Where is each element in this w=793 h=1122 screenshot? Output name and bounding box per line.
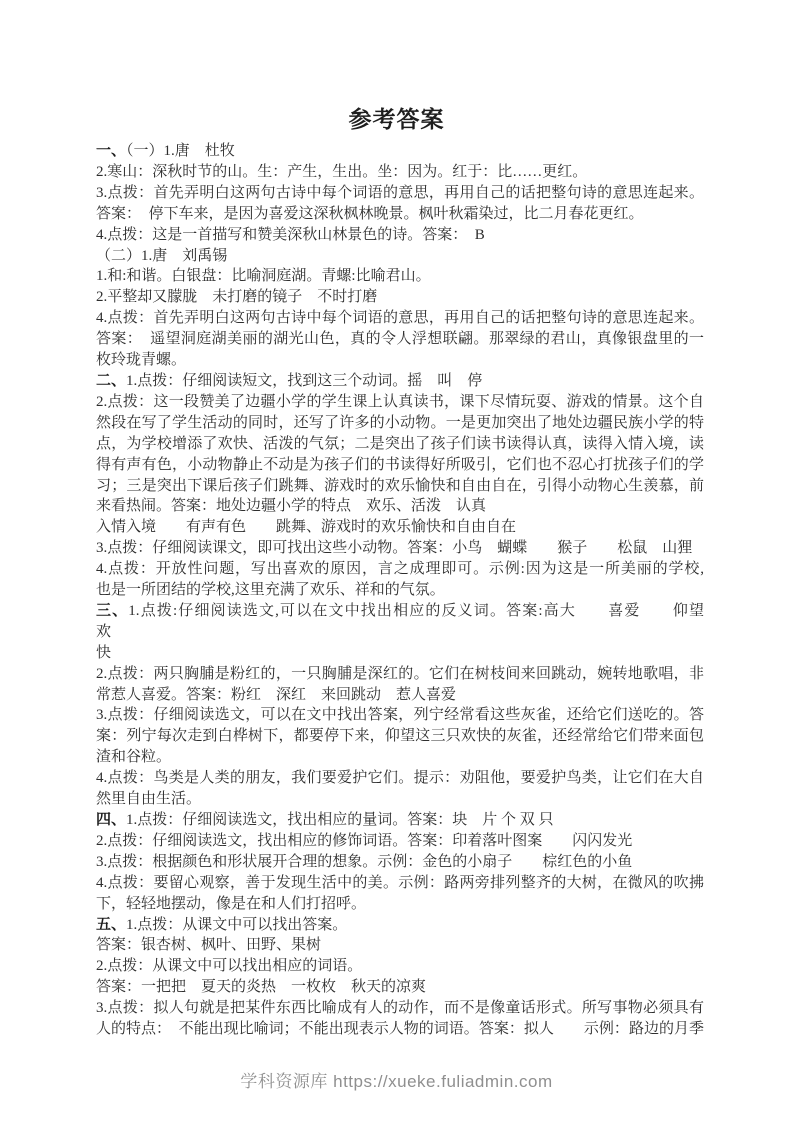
line-text: 也是一所团结的学校,这里充满了欢乐、祥和的气氛。	[96, 582, 445, 598]
document-line: 三、1.点拨:仔细阅读选文,可以在文中找出相应的反义词。答案:高大 喜爱 仰望 …	[96, 601, 704, 643]
document-line: 四、1.点拨：仔细阅读选文，找出相应的量词。答案：块 片 个 双 只	[96, 810, 704, 831]
document-line: 答案： 遥望洞庭湖美丽的湖光山色，真的令人浮想联翩。那翠绿的君山，真像银盘里的一	[96, 329, 704, 350]
section-number: 二、	[96, 373, 126, 389]
section-number: 一、	[96, 143, 126, 159]
line-text: 3.点拨：首先弄明白这两句古诗中每个词语的意思，再用自己的话把整句诗的意思连起来…	[96, 185, 704, 201]
line-text: 2.点拨：这一段赞美了边疆小学的学生课上认真读书，课下尽情玩耍、游戏的情景。这个…	[96, 394, 704, 410]
document-page: 参考答案 一、（一）1.唐 杜牧 2.寒山：深秋时节的山。生：产生，生出。坐：因…	[0, 0, 793, 1122]
document-line: 4.点拨：开放性问题，写出喜欢的原因，言之成理即可。示例:因为这是一所美丽的学校…	[96, 559, 704, 580]
line-text: 答案：一把把 夏天的炎热 一枚枚 秋天的凉爽	[96, 979, 426, 995]
document-line: 下，轻轻地摆动，像是在和人们打招呼。	[96, 894, 704, 915]
footer-site-name: 学科资源库	[240, 1072, 328, 1091]
line-text: 下，轻轻地摆动，像是在和人们打招呼。	[96, 896, 366, 912]
document-line: 2.寒山：深秋时节的山。生：产生，生出。坐：因为。红于：比……更红。	[96, 162, 704, 183]
document-line: 二、1.点拨：仔细阅读短文，找到这三个动词。摇 叫 停	[96, 371, 704, 392]
line-text: 答案： 停下车来，是因为喜爱这深秋枫林晚景。枫叶秋霜染过，比二月春花更红。	[96, 206, 644, 222]
line-text: （一）1.唐 杜牧	[126, 143, 235, 159]
document-line: 答案：银杏树、枫叶、田野、果树	[96, 935, 704, 956]
document-line: 枚玲珑青螺。	[96, 350, 704, 371]
line-text: 人的特点： 不能出现比喻词；不能出现表示人物的词语。答案：拟人 示例：路边的月季	[96, 1021, 704, 1037]
document-line: 4.点拨：鸟类是人类的朋友，我们要爱护它们。提示：劝阻他，要爱护鸟类，让它们在大…	[96, 768, 704, 789]
line-text: 3.点拨：根据颜色和形状展开合理的想象。示例：金色的小扇子 棕红色的小鱼	[96, 854, 632, 870]
footer-url: https://xueke.fuliadmin.com	[333, 1072, 552, 1091]
line-text: 4.点拨：开放性问题，写出喜欢的原因，言之成理即可。示例:因为这是一所美丽的学校…	[96, 561, 704, 577]
document-line: 快	[96, 643, 704, 664]
document-line: 2.点拨：从课文中可以找出相应的词语。	[96, 956, 704, 977]
document-line: 4.点拨：首先弄明白这两句古诗中每个词语的意思，再用自己的话把整句诗的意思连起来…	[96, 308, 704, 329]
line-text: 然段在写了学生活动的同时，还写了许多的小动物。一是更加突出了地处边疆民族小学的特	[96, 415, 704, 431]
line-text: （二）1.唐 刘禹锡	[96, 248, 227, 264]
line-text: 快	[96, 645, 111, 661]
document-line: 3.点拨：拟人句就是把某件东西比喻成有人的动作，而不是像童话形式。所写事物必须具…	[96, 998, 704, 1019]
document-line: 答案： 停下车来，是因为喜爱这深秋枫林晚景。枫叶秋霜染过，比二月春花更红。	[96, 204, 704, 225]
line-text: 答案： 遥望洞庭湖美丽的湖光山色，真的令人浮想联翩。那翠绿的君山，真像银盘里的一	[96, 331, 704, 347]
line-text: 习；三是突出下课后孩子们跳舞、游戏时的欢乐愉快和自由自在，引得小动物心生羡慕，前	[96, 478, 704, 494]
line-text: 1.点拨：从课文中可以找出答案。	[126, 917, 347, 933]
line-text: 1.点拨：仔细阅读选文，找出相应的量词。答案：块 片 个 双 只	[126, 812, 554, 828]
line-text: 1.和:和谐。白银盘：比喻洞庭湖。青螺:比喻君山。	[96, 268, 431, 284]
line-text: 2.点拨：仔细阅读选文，找出相应的修饰词语。答案：印着落叶图案 闪闪发光	[96, 833, 632, 849]
line-text: 2.寒山：深秋时节的山。生：产生，生出。坐：因为。红于：比……更红。	[96, 164, 587, 180]
line-text: 得有声有色，小动物静止不动是为孩子们的书读得好所吸引，它们也不忍心打扰孩子们的学	[96, 457, 704, 473]
document-line: 得有声有色，小动物静止不动是为孩子们的书读得好所吸引，它们也不忍心打扰孩子们的学	[96, 455, 704, 476]
document-line: 一、（一）1.唐 杜牧	[96, 141, 704, 162]
line-text: 3.点拨：仔细阅读选文，可以在文中找出答案，列宁经常看这些灰雀，还给它们送吃的。…	[96, 707, 704, 723]
document-line: 4.点拨：这是一首描写和赞美深秋山林景色的诗。答案： B	[96, 225, 704, 246]
footer: 学科资源库 https://xueke.fuliadmin.com	[0, 1067, 793, 1092]
document-line: 3.点拨：根据颜色和形状展开合理的想象。示例：金色的小扇子 棕红色的小鱼	[96, 852, 704, 873]
line-text: 1.点拨：仔细阅读短文，找到这三个动词。摇 叫 停	[126, 373, 482, 389]
line-text: 4.点拨：要留心观察，善于发现生活中的美。示例：路两旁排列整齐的大树，在微风的吹…	[96, 875, 704, 891]
document-line: 五、1.点拨：从课文中可以找出答案。	[96, 915, 704, 936]
document-line: 常惹人喜爱。答案：粉红 深红 来回跳动 惹人喜爱	[96, 685, 704, 706]
document-line: （二）1.唐 刘禹锡	[96, 246, 704, 267]
document-line: 然里自由生活。	[96, 789, 704, 810]
document-line: 答案：一把把 夏天的炎热 一枚枚 秋天的凉爽	[96, 977, 704, 998]
page-title: 参考答案	[0, 101, 793, 134]
line-text: 然里自由生活。	[96, 791, 201, 807]
document-line: 渣和谷粒。	[96, 747, 704, 768]
line-text: 案：列宁每次走到白桦树下，都要停下来，仰望这三只欢快的灰雀，还经常给它们带来面包	[96, 728, 704, 744]
line-text: 2.点拨：两只胸脯是粉红的，一只胸脯是深红的。它们在树枝间来回跳动，婉转地歌唱，…	[96, 666, 704, 682]
document-body: 一、（一）1.唐 杜牧 2.寒山：深秋时节的山。生：产生，生出。坐：因为。红于：…	[96, 141, 704, 1040]
document-line: 3.点拨：仔细阅读课文，即可找出这些小动物。答案：小鸟 蝴蝶 猴子 松鼠 山狸	[96, 538, 704, 559]
document-line: 也是一所团结的学校,这里充满了欢乐、祥和的气氛。	[96, 580, 704, 601]
document-line: 习；三是突出下课后孩子们跳舞、游戏时的欢乐愉快和自由自在，引得小动物心生羡慕，前	[96, 476, 704, 497]
document-line: 1.和:和谐。白银盘：比喻洞庭湖。青螺:比喻君山。	[96, 266, 704, 287]
line-text: 4.点拨：鸟类是人类的朋友，我们要爱护它们。提示：劝阻他，要爱护鸟类，让它们在大…	[96, 770, 704, 786]
line-text: 点，为学校增添了欢快、活泼的气氛；二是突出了孩子们读书读得认真，读得入情入境，读	[96, 436, 704, 452]
document-line: 点，为学校增添了欢快、活泼的气氛；二是突出了孩子们读书读得认真，读得入情入境，读	[96, 434, 704, 455]
document-line: 2.点拨：这一段赞美了边疆小学的学生课上认真读书，课下尽情玩耍、游戏的情景。这个…	[96, 392, 704, 413]
line-text: 答案：银杏树、枫叶、田野、果树	[96, 937, 321, 953]
line-text: 常惹人喜爱。答案：粉红 深红 来回跳动 惹人喜爱	[96, 687, 456, 703]
document-line: 3.点拨：仔细阅读选文，可以在文中找出答案，列宁经常看这些灰雀，还给它们送吃的。…	[96, 705, 704, 726]
document-line: 2.点拨：仔细阅读选文，找出相应的修饰词语。答案：印着落叶图案 闪闪发光	[96, 831, 704, 852]
document-line: 3.点拨：首先弄明白这两句古诗中每个词语的意思，再用自己的话把整句诗的意思连起来…	[96, 183, 704, 204]
line-text: 渣和谷粒。	[96, 749, 171, 765]
section-number: 五、	[96, 917, 126, 933]
document-line: 案：列宁每次走到白桦树下，都要停下来，仰望这三只欢快的灰雀，还经常给它们带来面包	[96, 726, 704, 747]
line-text: 来看热闹。答案：地处边疆小学的特点 欢乐、活泼 认真	[96, 498, 486, 514]
line-text: 4.点拨：这是一首描写和赞美深秋山林景色的诗。答案： B	[96, 227, 485, 243]
line-text: 2.平整却又朦胧 未打磨的镜子 不时打磨	[96, 289, 377, 305]
document-line: 然段在写了学生活动的同时，还写了许多的小动物。一是更加突出了地处边疆民族小学的特	[96, 413, 704, 434]
section-number: 四、	[96, 812, 126, 828]
section-number: 三、	[96, 603, 128, 619]
document-line: 入情入境 有声有色 跳舞、游戏时的欢乐愉快和自由自在	[96, 517, 704, 538]
line-text: 3.点拨：拟人句就是把某件东西比喻成有人的动作，而不是像童话形式。所写事物必须具…	[96, 1000, 704, 1016]
line-text: 4.点拨：首先弄明白这两句古诗中每个词语的意思，再用自己的话把整句诗的意思连起来…	[96, 310, 704, 326]
line-text: 1.点拨:仔细阅读选文,可以在文中找出相应的反义词。答案:高大 喜爱 仰望 欢	[96, 603, 734, 640]
line-text: 枚玲珑青螺。	[96, 352, 186, 368]
document-line: 4.点拨：要留心观察，善于发现生活中的美。示例：路两旁排列整齐的大树，在微风的吹…	[96, 873, 704, 894]
document-line: 人的特点： 不能出现比喻词；不能出现表示人物的词语。答案：拟人 示例：路边的月季	[96, 1019, 704, 1040]
document-line: 2.点拨：两只胸脯是粉红的，一只胸脯是深红的。它们在树枝间来回跳动，婉转地歌唱，…	[96, 664, 704, 685]
line-text: 3.点拨：仔细阅读课文，即可找出这些小动物。答案：小鸟 蝴蝶 猴子 松鼠 山狸	[96, 540, 692, 556]
line-text: 2.点拨：从课文中可以找出相应的词语。	[96, 958, 362, 974]
document-line: 来看热闹。答案：地处边疆小学的特点 欢乐、活泼 认真	[96, 496, 704, 517]
line-text: 入情入境 有声有色 跳舞、游戏时的欢乐愉快和自由自在	[96, 519, 516, 535]
document-line: 2.平整却又朦胧 未打磨的镜子 不时打磨	[96, 287, 704, 308]
